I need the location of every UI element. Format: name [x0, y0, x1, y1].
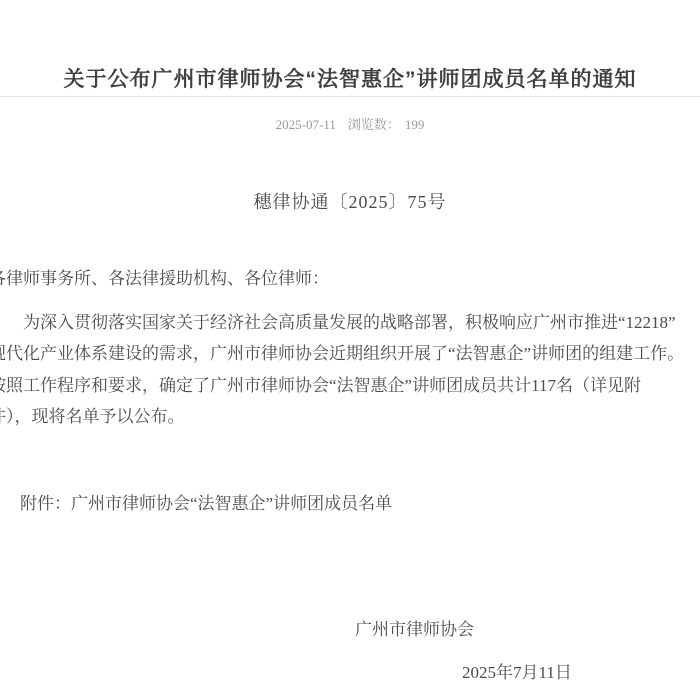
signature-date: 2025年7月11日: [462, 658, 572, 683]
views-label: 浏览数：: [348, 114, 400, 133]
paragraph-line-3: 按照工作程序和要求，确定了广州市律师协会“法智惠企”讲师团成员共计117名（详见…: [0, 376, 641, 396]
paragraph-line-2: 现代化产业体系建设的需求，广州市律师协会近期组织开展了“法智惠企”讲师团的组建工…: [0, 344, 684, 364]
page-title: 关于公布广州市律师协会“法智惠企”讲师团成员名单的通知: [0, 63, 700, 93]
paragraph-line-4: 件），现将名单予以公布。: [0, 407, 185, 427]
attachment-line: 附件：广州市律师协会“法智惠企”讲师团成员名单: [20, 489, 392, 514]
views-count: 199: [405, 117, 425, 133]
paragraph-line-1: 为深入贯彻落实国家关于经济社会高质量发展的战略部署，积极响应广州市推进“1221…: [0, 313, 676, 333]
document-number: 穗律协通〔2025〕75号: [0, 188, 700, 214]
signature-org: 广州市律师协会: [355, 615, 474, 640]
notice-page: 关于公布广州市律师协会“法智惠企”讲师团成员名单的通知 2025-07-11 浏…: [0, 0, 700, 700]
title-divider: [0, 96, 700, 97]
publish-date: 2025-07-11: [276, 117, 336, 133]
post-meta: 2025-07-11 浏览数： 199: [0, 114, 700, 133]
salutation-line: 各律师事务所、各法律援助机构、各位律师：: [0, 269, 329, 289]
